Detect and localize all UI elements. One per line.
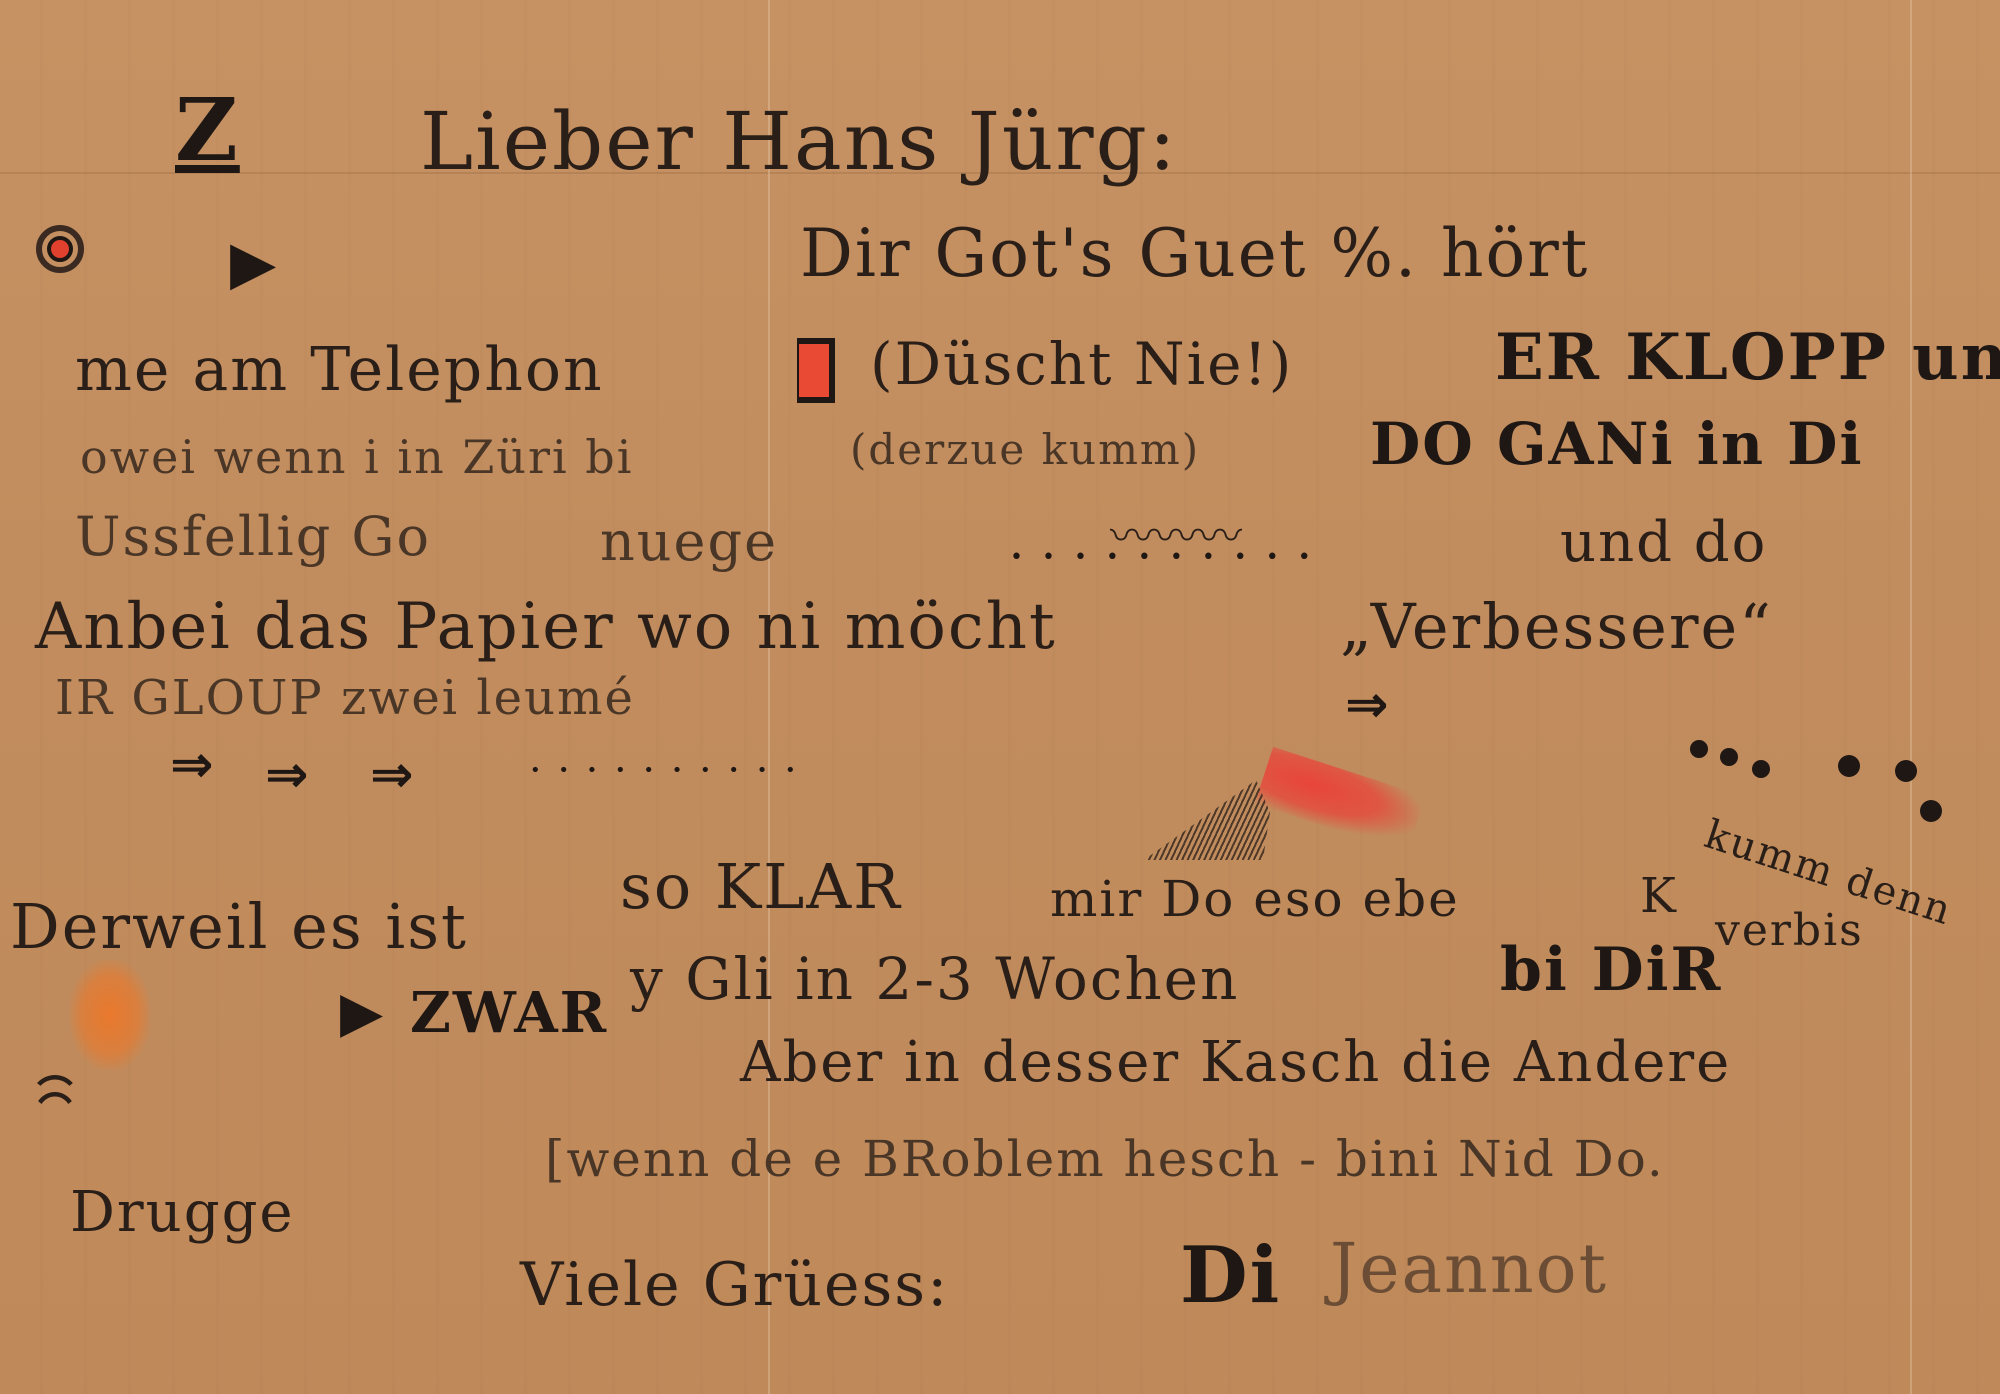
dot-icon (1838, 755, 1860, 777)
dotted-line: • • • • • • • • • • (1010, 545, 1317, 570)
letter-line: ZWAR (410, 980, 608, 1046)
letter-line: [wenn de e BRoblem hesch - bini Nid Do. (545, 1130, 1665, 1188)
letter-line: so KLAR (620, 850, 902, 923)
double-arrow-icon: ⇒ (1345, 675, 1389, 735)
dot-icon (1920, 800, 1942, 822)
salutation-prefix: Z (175, 80, 240, 181)
letter-line: ER KLOPP und (1495, 320, 2000, 395)
salutation: Lieber Hans Jürg: (420, 95, 1178, 188)
dot-icon (1752, 760, 1770, 778)
letter-line: DO GANi in Di (1370, 410, 1864, 478)
target-circle-icon (36, 225, 84, 273)
letter-line: Derweil es ist (10, 890, 468, 963)
letter-line: nuege (600, 510, 778, 573)
dot-icon (1690, 740, 1708, 758)
letter-line: Dir Got's Guet %. hört (800, 215, 1589, 292)
letter-line: me am Telephon (75, 335, 604, 405)
letter-line: Anbei das Papier wo ni möcht (35, 590, 1057, 664)
dot-icon (1895, 760, 1917, 782)
letter-line: mir Do eso ebe (1050, 870, 1460, 928)
double-arrow-icon: ⇒ (170, 735, 214, 795)
letter-line: (derzue kumm) (850, 425, 1200, 474)
closing: Viele Grüess: (520, 1250, 949, 1320)
vertical-crease (1910, 0, 1912, 1394)
arrow-icon: ▶ (230, 228, 276, 298)
signature-prefix: Di (1180, 1230, 1281, 1321)
letter-line: und do (1560, 510, 1767, 575)
letter-line: „Verbessere“ (1340, 590, 1773, 663)
letter-line: K (1640, 868, 1678, 924)
orange-watercolor-splash (70, 960, 150, 1070)
letter-line: Ussfellig Go (75, 505, 431, 568)
letter-line: Aber in desser Kasch die Andere (740, 1030, 1731, 1095)
red-painted-block (797, 338, 835, 403)
letter-line: Drugge (70, 1180, 295, 1245)
letter-line: (Düscht Nie!) (870, 330, 1293, 398)
letter-line: bi DiR (1500, 935, 1722, 1005)
dot-icon (1720, 748, 1738, 766)
letter-line: IR GLOUP zwei leumé (55, 670, 635, 726)
double-arrow-icon: ⇒ (370, 745, 414, 805)
letter-line: y Gli in 2-3 Wochen (630, 945, 1239, 1013)
letter-line: owei wenn i in Züri bi (80, 430, 633, 484)
signature: Jeannot (1330, 1230, 1608, 1309)
double-arrow-icon: ⇒ (265, 745, 309, 805)
letter-line: verbis (1715, 905, 1864, 956)
dotted-line: • • • • • • • • • • (530, 760, 802, 781)
arrow-icon: ▶ (340, 980, 383, 1045)
